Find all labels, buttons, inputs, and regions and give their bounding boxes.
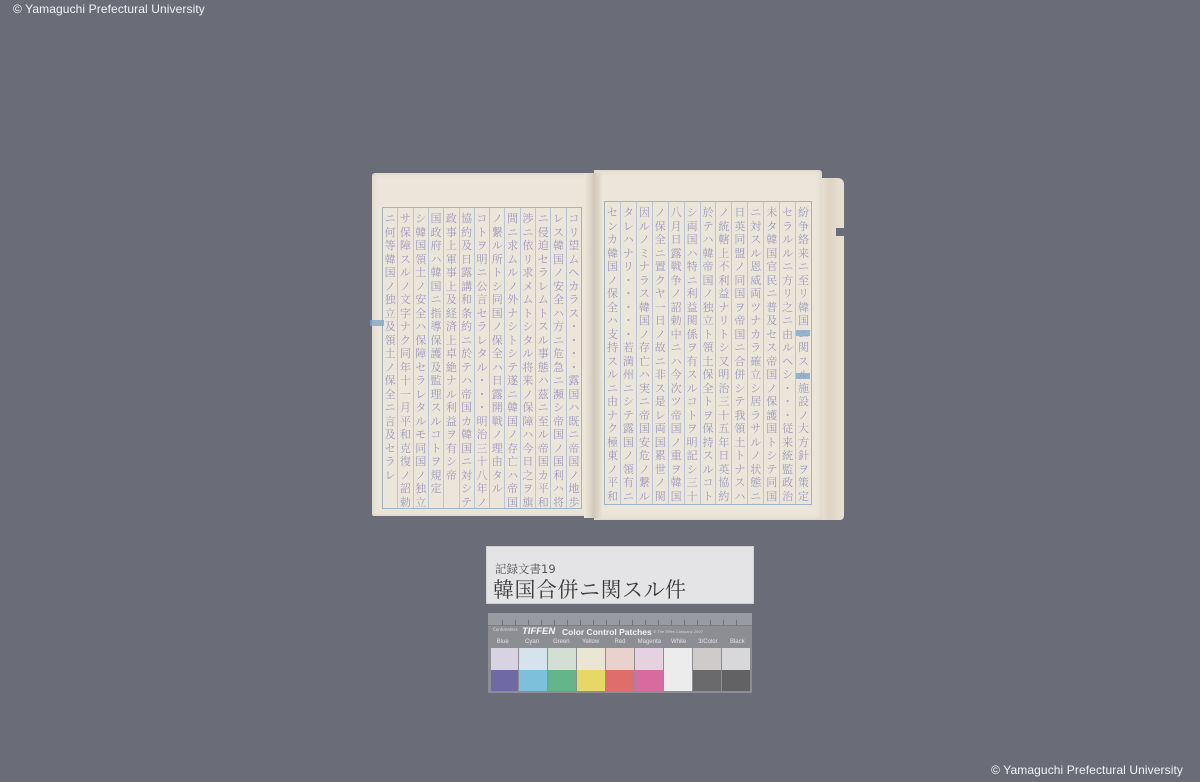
manuscript-glyph: 上 bbox=[446, 334, 457, 348]
manuscript-glyph: ノ bbox=[522, 388, 533, 402]
manuscript-glyph: 益 bbox=[718, 287, 729, 301]
manuscript-glyph: モ bbox=[415, 428, 426, 442]
manuscript-glyph: 立 bbox=[385, 307, 396, 321]
manuscript-glyph: ハ bbox=[703, 233, 714, 247]
manuscript-glyph: 安 bbox=[639, 436, 650, 450]
manuscript-glyph: ニ bbox=[655, 355, 666, 369]
manuscript-glyph: 特 bbox=[687, 260, 698, 274]
manuscript-glyph: ヘ bbox=[568, 266, 579, 280]
manuscript-glyph: ヘ bbox=[782, 355, 793, 369]
manuscript-glyph: 独 bbox=[385, 293, 396, 307]
manuscript-glyph: 平 bbox=[538, 482, 549, 496]
dark-patch bbox=[491, 670, 519, 692]
manuscript-glyph: 関 bbox=[687, 314, 698, 328]
manuscript-glyph: メ bbox=[522, 280, 533, 294]
manuscript-glyph: ・ bbox=[476, 401, 487, 415]
manuscript-glyph: 理 bbox=[492, 442, 503, 456]
manuscript-glyph: 将 bbox=[522, 361, 533, 375]
manuscript-glyph: ハ bbox=[538, 374, 549, 388]
manuscript-glyph: 国 bbox=[553, 428, 564, 442]
manuscript-glyph: 併 bbox=[734, 368, 745, 382]
patch-column bbox=[663, 648, 692, 691]
manuscript-glyph: 係 bbox=[655, 503, 666, 504]
manuscript-glyph: 因 bbox=[639, 206, 650, 220]
manuscript-glyph: 官 bbox=[766, 260, 777, 274]
manuscript-glyph: ト bbox=[766, 436, 777, 450]
manuscript-glyph: 国 bbox=[607, 260, 618, 274]
manuscript-glyph: リ bbox=[568, 226, 579, 240]
manuscript-glyph: ト bbox=[718, 328, 729, 342]
manuscript-glyph: 露 bbox=[492, 388, 503, 402]
manuscript-glyph: ニ bbox=[507, 388, 518, 402]
manuscript-glyph: セ bbox=[385, 442, 396, 456]
manuscript-glyph: ラ bbox=[639, 274, 650, 288]
manuscript-glyph: 年 bbox=[400, 361, 411, 375]
manuscript-glyph: ラ bbox=[476, 320, 487, 334]
manuscript-glyph: タ bbox=[415, 401, 426, 415]
manuscript-glyph: コ bbox=[568, 212, 579, 226]
manuscript-glyph: ニ bbox=[734, 341, 745, 355]
manuscript-glyph: ニ bbox=[671, 341, 682, 355]
ruler-tick bbox=[619, 620, 620, 625]
light-patch bbox=[548, 648, 576, 670]
manuscript-glyph: 英 bbox=[734, 220, 745, 234]
manuscript-glyph: 今 bbox=[522, 442, 533, 456]
manuscript-glyph: ヤ bbox=[655, 287, 666, 301]
right-page-ruled-frame: 紛争絡来ニ至リ韓国ニ関スル施設ノ大方針ヲ策定セラルルニ方リ之ニ由ルヘシ・・・従来… bbox=[604, 201, 812, 505]
manuscript-glyph: 未 bbox=[766, 206, 777, 220]
manuscript-glyph: 事 bbox=[446, 266, 457, 280]
manuscript-glyph: 有 bbox=[446, 442, 457, 456]
document-title: 韓国合併ニ関スル件 bbox=[493, 574, 687, 604]
manuscript-glyph: 領 bbox=[703, 341, 714, 355]
manuscript-glyph: テ bbox=[461, 496, 472, 509]
manuscript-glyph: ニ bbox=[461, 334, 472, 348]
manuscript-glyph: ハ bbox=[623, 233, 634, 247]
manuscript-glyph: ニ bbox=[538, 212, 549, 226]
manuscript-glyph: ス bbox=[750, 233, 761, 247]
ruler-label: Centimeters bbox=[493, 627, 518, 632]
manuscript-glyph: 繋 bbox=[639, 476, 650, 490]
manuscript-glyph: ヲ bbox=[446, 428, 457, 442]
manuscript-glyph: 旗 bbox=[522, 496, 533, 509]
manuscript-glyph: シ bbox=[782, 368, 793, 382]
manuscript-glyph: ヲ bbox=[734, 301, 745, 315]
manuscript-glyph: 帝 bbox=[446, 469, 457, 483]
manuscript-glyph: 累 bbox=[655, 449, 666, 463]
manuscript-glyph: ニ bbox=[385, 401, 396, 415]
manuscript-glyph: 土 bbox=[703, 355, 714, 369]
manuscript-glyph: 軍 bbox=[446, 253, 457, 267]
manuscript-glyph: 重 bbox=[671, 449, 682, 463]
ruler-tick bbox=[593, 620, 594, 625]
manuscript-glyph: ト bbox=[492, 266, 503, 280]
manuscript-glyph: 危 bbox=[639, 449, 650, 463]
manuscript-glyph: 政 bbox=[446, 212, 457, 226]
manuscript-glyph: ツ bbox=[671, 395, 682, 409]
manuscript-glyph: 従 bbox=[782, 422, 793, 436]
manuscript-glyph: 護 bbox=[431, 347, 442, 361]
manuscript-glyph: ラ bbox=[385, 455, 396, 469]
manuscript-glyph: 国 bbox=[431, 212, 442, 226]
manuscript-glyph: 国 bbox=[703, 274, 714, 288]
manuscript-glyph: ナ bbox=[623, 247, 634, 261]
manuscript-glyph: 保 bbox=[766, 395, 777, 409]
manuscript-glyph: カ bbox=[568, 280, 579, 294]
manuscript-glyph: ノ bbox=[492, 320, 503, 334]
manuscript-glyph: 克 bbox=[400, 442, 411, 456]
manuscript-glyph: ス bbox=[687, 368, 698, 382]
manuscript-glyph: 和 bbox=[607, 490, 618, 504]
manuscript-glyph: ・ bbox=[623, 301, 634, 315]
patch-names: BlueCyanGreenYellowRedMagentaWhite3/Colo… bbox=[488, 639, 752, 648]
manuscript-glyph: 障 bbox=[522, 415, 533, 429]
manuscript-glyph: 字 bbox=[400, 307, 411, 321]
manuscript-glyph: ラ bbox=[750, 409, 761, 423]
manuscript-glyph: 五 bbox=[718, 422, 729, 436]
manuscript-glyph: ニ bbox=[522, 226, 533, 240]
manuscript-glyph: 同 bbox=[766, 476, 777, 490]
manuscript-glyph: 不 bbox=[718, 260, 729, 274]
manuscript-glyph: ・ bbox=[623, 328, 634, 342]
manuscript-glyph: ク bbox=[607, 422, 618, 436]
manuscript-glyph: ヲ bbox=[431, 455, 442, 469]
ruler-tick bbox=[554, 620, 555, 625]
ruler-tick bbox=[606, 620, 607, 625]
blue-tab-mark-right-2 bbox=[796, 373, 810, 379]
manuscript-glyph: 絶 bbox=[446, 361, 457, 375]
manuscript-column: 渉ニ依リ求メムトシタル将来ノ保障ハ今日之ヲ旗鼓ノ bbox=[520, 208, 535, 508]
manuscript-column: 因ルノミナラス韓国ノ存亡ハ実ニ帝国安危ノ繋ル所 bbox=[636, 202, 652, 504]
manuscript-glyph: ト bbox=[687, 409, 698, 423]
ruler-tick bbox=[502, 620, 503, 625]
manuscript-glyph: ヲ bbox=[687, 422, 698, 436]
manuscript-glyph: シ bbox=[461, 482, 472, 496]
manuscript-glyph: 及 bbox=[461, 239, 472, 253]
manuscript-glyph: 全 bbox=[553, 293, 564, 307]
tiffen-logo: TIFFEN bbox=[522, 626, 555, 637]
manuscript-glyph: 土 bbox=[415, 266, 426, 280]
manuscript-glyph: シ bbox=[687, 206, 698, 220]
manuscript-glyph: ニ bbox=[507, 226, 518, 240]
manuscript-glyph: 帝 bbox=[703, 260, 714, 274]
manuscript-glyph: ハ bbox=[507, 469, 518, 483]
manuscript-glyph: 領 bbox=[415, 253, 426, 267]
manuscript-glyph: 国 bbox=[687, 233, 698, 247]
manuscript-glyph: ス bbox=[568, 307, 579, 321]
manuscript-column: ニ侵迫セラレムトスル事態ハ茲ニ至ル帝国カ平和ノ交 bbox=[535, 208, 550, 508]
manuscript-glyph: 安 bbox=[415, 293, 426, 307]
manuscript-glyph: 講 bbox=[461, 280, 472, 294]
manuscript-glyph: ニ bbox=[750, 206, 761, 220]
manuscript-glyph: 次 bbox=[671, 382, 682, 396]
manuscript-glyph: 露 bbox=[671, 247, 682, 261]
manuscript-glyph: 勅 bbox=[671, 314, 682, 328]
manuscript-glyph: 定 bbox=[798, 490, 809, 504]
manuscript-glyph: リ bbox=[522, 253, 533, 267]
manuscript-glyph: ル bbox=[522, 347, 533, 361]
manuscript-glyph: ル bbox=[415, 415, 426, 429]
patch-column bbox=[692, 648, 721, 691]
manuscript-glyph: ノ bbox=[734, 260, 745, 274]
manuscript-glyph: ノ bbox=[639, 328, 650, 342]
manuscript-glyph: 保 bbox=[492, 334, 503, 348]
manuscript-glyph: ニ bbox=[718, 503, 729, 504]
patch-brand-row: Centimeters TIFFEN Color Control Patches… bbox=[488, 626, 752, 639]
manuscript-glyph: リ bbox=[718, 314, 729, 328]
manuscript-glyph: ル bbox=[507, 266, 518, 280]
manuscript-glyph: ル bbox=[750, 436, 761, 450]
manuscript-glyph: ハ bbox=[492, 361, 503, 375]
manuscript-glyph: 国 bbox=[639, 314, 650, 328]
manuscript-glyph: ハ bbox=[553, 482, 564, 496]
manuscript-glyph: 日 bbox=[522, 455, 533, 469]
manuscript-glyph: 帝 bbox=[734, 314, 745, 328]
manuscript-glyph: 針 bbox=[798, 449, 809, 463]
manuscript-glyph: 威 bbox=[750, 274, 761, 288]
patch-label: Red bbox=[605, 639, 634, 648]
manuscript-glyph: 領 bbox=[623, 463, 634, 477]
manuscript-glyph: ス bbox=[655, 382, 666, 396]
manuscript-glyph: 詔 bbox=[400, 482, 411, 496]
manuscript-glyph: 立 bbox=[415, 496, 426, 509]
manuscript-glyph: 対 bbox=[461, 469, 472, 483]
manuscript-glyph: 益 bbox=[446, 415, 457, 429]
color-control-patches: Centimeters TIFFEN Color Control Patches… bbox=[488, 613, 752, 693]
manuscript-glyph: 保 bbox=[385, 374, 396, 388]
manuscript-glyph: 障 bbox=[415, 347, 426, 361]
manuscript-glyph: 文 bbox=[400, 293, 411, 307]
manuscript-glyph: 国 bbox=[766, 490, 777, 504]
manuscript-glyph: ニ bbox=[538, 401, 549, 415]
manuscript-glyph: ス bbox=[798, 355, 809, 369]
manuscript-glyph: 全 bbox=[703, 382, 714, 396]
manuscript-glyph: 帝 bbox=[507, 482, 518, 496]
manuscript-glyph: ス bbox=[553, 226, 564, 240]
manuscript-glyph: レ bbox=[553, 212, 564, 226]
manuscript-glyph: ノ bbox=[507, 280, 518, 294]
manuscript-glyph: ル bbox=[607, 368, 618, 382]
manuscript-column: 日英同盟ノ同国ヲ帝国ニ合併シテ我領土トナスハ同国 bbox=[731, 202, 747, 504]
manuscript-glyph: ハ bbox=[687, 247, 698, 261]
manuscript-glyph: 十 bbox=[400, 374, 411, 388]
manuscript-glyph: シ bbox=[507, 320, 518, 334]
manuscript-glyph: ミ bbox=[639, 247, 650, 261]
manuscript-glyph: ル bbox=[782, 341, 793, 355]
manuscript-glyph: 国 bbox=[734, 287, 745, 301]
manuscript-glyph: ノ bbox=[492, 428, 503, 442]
manuscript-glyph: 府 bbox=[431, 239, 442, 253]
manuscript-glyph: ナ bbox=[639, 260, 650, 274]
manuscript-glyph: 国 bbox=[538, 455, 549, 469]
manuscript-glyph: ノ bbox=[655, 476, 666, 490]
manuscript-glyph: ニ bbox=[553, 374, 564, 388]
manuscript-glyph: ス bbox=[431, 401, 442, 415]
manuscript-glyph: 亦 bbox=[607, 503, 618, 504]
manuscript-glyph: ラ bbox=[538, 266, 549, 280]
manuscript-glyph: 勅 bbox=[400, 496, 411, 509]
manuscript-glyph: ニ bbox=[385, 212, 396, 226]
manuscript-glyph: 非 bbox=[655, 368, 666, 382]
manuscript-glyph: 依 bbox=[522, 239, 533, 253]
manuscript-glyph: 統 bbox=[782, 449, 793, 463]
manuscript-column: ノ保全ニ置クヤ一日ノ故ニ非ス是レ両国累世ノ関係ニ bbox=[652, 202, 668, 504]
manuscript-glyph: テ bbox=[703, 220, 714, 234]
manuscript-glyph: 持 bbox=[703, 436, 714, 450]
manuscript-glyph: 保 bbox=[522, 401, 533, 415]
manuscript-glyph: 地 bbox=[568, 482, 579, 496]
manuscript-glyph: カ bbox=[607, 233, 618, 247]
manuscript-glyph: 来 bbox=[522, 374, 533, 388]
manuscript-glyph: 保 bbox=[431, 334, 442, 348]
manuscript-glyph: 国 bbox=[385, 266, 396, 280]
manuscript-glyph: 明 bbox=[718, 368, 729, 382]
manuscript-glyph: 全 bbox=[415, 307, 426, 321]
manuscript-glyph: ノ bbox=[476, 496, 487, 509]
patch-grid bbox=[490, 648, 750, 691]
manuscript-glyph: 有 bbox=[623, 476, 634, 490]
ruler-tick bbox=[632, 620, 633, 625]
manuscript-glyph: レ bbox=[385, 469, 396, 483]
manuscript-glyph: シ bbox=[718, 341, 729, 355]
manuscript-glyph: ル bbox=[782, 247, 793, 261]
manuscript-glyph: 関 bbox=[798, 341, 809, 355]
manuscript-glyph: 瀕 bbox=[553, 388, 564, 402]
manuscript-glyph: 日 bbox=[655, 314, 666, 328]
manuscript-glyph: 及 bbox=[385, 320, 396, 334]
manuscript-glyph: ス bbox=[538, 320, 549, 334]
light-patch bbox=[635, 648, 663, 670]
patch-column bbox=[606, 648, 635, 691]
manuscript-column: 八月日露戦争ノ詔勅中ニハ今次ツ帝国ノ重ヲ韓国 bbox=[668, 202, 684, 504]
manuscript-glyph: ・ bbox=[568, 361, 579, 375]
manuscript-glyph: 国 bbox=[766, 368, 777, 382]
manuscript-glyph: ハ bbox=[415, 320, 426, 334]
manuscript-glyph: ハ bbox=[461, 374, 472, 388]
manuscript-glyph: 国 bbox=[415, 455, 426, 469]
manuscript-glyph: ル bbox=[703, 463, 714, 477]
manuscript-glyph: 年 bbox=[476, 482, 487, 496]
manuscript-glyph: 設 bbox=[798, 395, 809, 409]
manuscript-glyph: コ bbox=[687, 395, 698, 409]
manuscript-glyph: ノ bbox=[671, 287, 682, 301]
manuscript-glyph: ラ bbox=[750, 341, 761, 355]
manuscript-glyph: 持 bbox=[607, 341, 618, 355]
manuscript-glyph: コ bbox=[431, 428, 442, 442]
manuscript-glyph: 韓 bbox=[607, 247, 618, 261]
manuscript-glyph: ・ bbox=[623, 314, 634, 328]
manuscript-glyph: ス bbox=[607, 355, 618, 369]
blue-tab-mark-right-1 bbox=[796, 330, 810, 336]
manuscript-glyph: 立 bbox=[750, 368, 761, 382]
manuscript-glyph: 国 bbox=[507, 496, 518, 509]
manuscript-glyph: 対 bbox=[750, 220, 761, 234]
manuscript-glyph: 望 bbox=[568, 239, 579, 253]
manuscript-glyph: ・ bbox=[782, 382, 793, 396]
manuscript-glyph: 是 bbox=[655, 395, 666, 409]
manuscript-glyph: 同 bbox=[492, 293, 503, 307]
manuscript-glyph: 国 bbox=[671, 422, 682, 436]
manuscript-glyph: ・ bbox=[568, 320, 579, 334]
light-patch bbox=[606, 648, 634, 670]
manuscript-glyph: 同 bbox=[734, 503, 745, 504]
manuscript-glyph: 及 bbox=[431, 361, 442, 375]
manuscript-glyph: ニ bbox=[461, 455, 472, 469]
manuscript-glyph: セ bbox=[607, 206, 618, 220]
manuscript-glyph: 明 bbox=[687, 436, 698, 450]
manuscript-glyph: ル bbox=[492, 239, 503, 253]
manuscript-glyph: ラ bbox=[568, 293, 579, 307]
manuscript-glyph: 来 bbox=[798, 247, 809, 261]
ruler-tick bbox=[697, 620, 698, 625]
manuscript-glyph: 日 bbox=[461, 253, 472, 267]
manuscript-glyph: 一 bbox=[655, 301, 666, 315]
manuscript-glyph: 帝 bbox=[766, 355, 777, 369]
manuscript-glyph: 帝 bbox=[538, 442, 549, 456]
manuscript-glyph: 来 bbox=[782, 436, 793, 450]
manuscript-glyph: 約 bbox=[718, 490, 729, 504]
manuscript-glyph: 民 bbox=[766, 274, 777, 288]
manuscript-glyph: 事 bbox=[538, 347, 549, 361]
manuscript-glyph: レ bbox=[415, 388, 426, 402]
manuscript-glyph: 記 bbox=[687, 449, 698, 463]
manuscript-glyph: 土 bbox=[734, 436, 745, 450]
manuscript-glyph: 盟 bbox=[734, 247, 745, 261]
blue-tab-mark-left bbox=[370, 320, 384, 326]
manuscript-glyph: ニ bbox=[607, 382, 618, 396]
manuscript-glyph: 言 bbox=[385, 415, 396, 429]
manuscript-glyph: 国 bbox=[553, 253, 564, 267]
manuscript-glyph: ノ bbox=[766, 382, 777, 396]
manuscript-glyph: 日 bbox=[492, 374, 503, 388]
manuscript-glyph: ニ bbox=[623, 382, 634, 396]
manuscript-glyph: ン bbox=[607, 220, 618, 234]
manuscript-glyph: ノ bbox=[400, 469, 411, 483]
manuscript-glyph: 韓 bbox=[431, 266, 442, 280]
manuscript-glyph: ニ bbox=[553, 334, 564, 348]
manuscript-glyph: 利 bbox=[687, 287, 698, 301]
manuscript-glyph: セ bbox=[782, 206, 793, 220]
manuscript-glyph: 之 bbox=[522, 469, 533, 483]
manuscript-glyph: ト bbox=[507, 334, 518, 348]
manuscript-glyph: 協 bbox=[718, 476, 729, 490]
manuscript-glyph: 和 bbox=[400, 428, 411, 442]
manuscript-glyph: 益 bbox=[687, 301, 698, 315]
manuscript-glyph: カ bbox=[538, 469, 549, 483]
manuscript-glyph: ヲ bbox=[671, 463, 682, 477]
manuscript-glyph: 又 bbox=[718, 355, 729, 369]
manuscript-glyph: ル bbox=[476, 361, 487, 375]
manuscript-glyph: テ bbox=[623, 409, 634, 423]
manuscript-glyph: ナ bbox=[734, 463, 745, 477]
manuscript-glyph: レ bbox=[538, 280, 549, 294]
manuscript-glyph: ハ bbox=[553, 307, 564, 321]
manuscript-glyph: ・ bbox=[623, 287, 634, 301]
manuscript-glyph: ル bbox=[492, 482, 503, 496]
light-patch bbox=[664, 648, 692, 670]
manuscript-glyph: 所 bbox=[492, 253, 503, 267]
manuscript-glyph: サ bbox=[750, 422, 761, 436]
manuscript-glyph: 我 bbox=[734, 409, 745, 423]
manuscript-glyph: ナ bbox=[607, 409, 618, 423]
patch-label: Black bbox=[723, 639, 752, 648]
centimeter-ruler bbox=[488, 613, 752, 626]
manuscript-glyph: 国 bbox=[461, 442, 472, 456]
patch-column bbox=[634, 648, 663, 691]
manuscript-glyph: ヲ bbox=[476, 239, 487, 253]
manuscript-glyph: 国 bbox=[623, 436, 634, 450]
manuscript-glyph: 求 bbox=[507, 239, 518, 253]
